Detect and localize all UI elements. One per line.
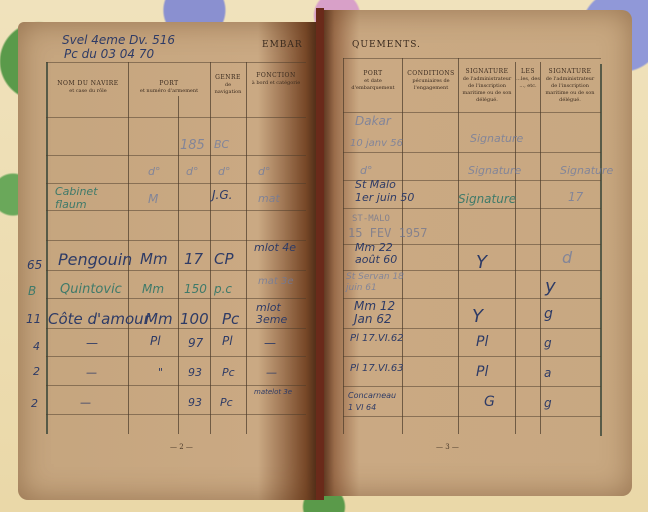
cell-signature: Signature [470, 132, 523, 145]
table-rule [343, 270, 601, 271]
cell-number: 150 [184, 282, 207, 296]
cell-ship: — [80, 396, 91, 409]
cell-signature: g [544, 306, 553, 322]
margin-number: 4 [33, 340, 40, 353]
column-header-port-date: PORTet date d'embarquement [345, 70, 401, 92]
cell-fonction: d° [258, 165, 270, 178]
annotation-line-1: Svel 4eme Dv. 516 [62, 33, 175, 47]
column-header-conditions: CONDITIONSpécuniaires de l'engagement [404, 70, 458, 92]
cell-port-date: 10 janv 56 [350, 138, 403, 149]
cell-signature: G [484, 394, 495, 410]
margin-number: 11 [26, 312, 41, 326]
cell-fonction: matelot 3e [254, 388, 300, 397]
column-divider [515, 62, 516, 434]
table-rule [46, 183, 306, 184]
table-rule [343, 356, 601, 357]
table-rule [46, 270, 306, 271]
table-rule [46, 117, 306, 118]
column-header-port: PORTet numéro d'armement [130, 80, 208, 95]
table-rule [46, 62, 306, 63]
cell-ship: — [86, 366, 97, 379]
cell-fonction: mlot 3eme [256, 302, 300, 326]
cell-genre: BC [214, 138, 229, 151]
table-rule [46, 298, 306, 299]
cell-number: 17 [184, 250, 203, 268]
cell-ship: Quintovic [60, 282, 122, 297]
table-rule [343, 328, 601, 329]
table-rule [46, 356, 306, 357]
cell-port: Mm [145, 310, 173, 328]
cell-port-date: Concarneau 1 VI 64 [348, 390, 403, 414]
stamp-port: ST-MALO [352, 214, 390, 224]
cell-fonction: — [266, 366, 277, 379]
cell-signature: Signature [458, 192, 516, 206]
table-rule [343, 386, 601, 387]
cell-genre: Pc [220, 396, 233, 409]
cell-port-date: St Malo 1er juin 50 [355, 178, 415, 204]
cell-genre: Pc [222, 310, 239, 328]
cell-genre: J.G. [212, 188, 232, 202]
table-rule [46, 385, 306, 386]
cell-signature: Y [472, 306, 483, 327]
table-rule [343, 208, 601, 209]
cell-signature: a [544, 366, 551, 380]
column-header-ship: NOM DU NAVIREet case du rôle [50, 80, 126, 95]
margin-number: 2 [31, 397, 38, 410]
cell-port-date: Dakar [355, 114, 391, 128]
cell-fonction: mat 3e [258, 276, 298, 287]
cell-genre: Pl [222, 334, 233, 348]
column-divider [540, 62, 541, 434]
cell-port: M [148, 192, 158, 206]
cell-signature: Signature [468, 164, 521, 177]
cell-signature: y [545, 276, 556, 297]
margin-number: B [28, 284, 36, 298]
cell-number: 185 [180, 138, 205, 153]
cell-signature: Pl [476, 364, 488, 380]
cell-port: " [158, 366, 163, 379]
cell-genre: d° [218, 165, 230, 178]
table-rule [343, 416, 601, 417]
table-rule [46, 328, 306, 329]
cell-signature: Pl [476, 334, 488, 350]
cell-port-date: Mm 22 août 60 [355, 242, 415, 266]
cell-signature: g [544, 396, 552, 410]
column-divider [458, 58, 459, 434]
cell-port: Mm [142, 282, 164, 296]
cell-ship: Pengouin [58, 250, 132, 269]
column-header-les: LES...les, des ..., etc. [516, 68, 540, 90]
table-border [600, 64, 602, 436]
cell-signature: Signature [560, 164, 613, 177]
cell-genre: p.c [214, 282, 232, 296]
cell-fonction: mlot 4e [254, 242, 304, 254]
cell-port-date: Mm 12 Jan 62 [354, 300, 414, 326]
column-header-signature-1: SIGNATUREde l'administrateur de l'inscri… [460, 68, 514, 104]
cell-genre: Pc [222, 366, 235, 379]
margin-number: 65 [27, 258, 42, 272]
margin-number: 2 [33, 365, 40, 378]
column-header-fonction: FONCTIONà bord et catégorie [247, 72, 305, 87]
cell-port-date: d° [360, 164, 372, 177]
cell-port-date: Pl 17.VI.62 [350, 334, 405, 344]
cell-number: 93 [188, 366, 202, 379]
table-rule [343, 112, 601, 113]
cell-port: d° [148, 165, 160, 178]
cell-genre: CP [214, 250, 234, 268]
cell-number: 100 [180, 310, 209, 328]
cell-signature: Y [476, 252, 487, 273]
column-divider [343, 58, 344, 434]
table-rule [46, 414, 306, 415]
title-left: EMBAR [262, 40, 303, 50]
cell-ship: Cabinet flaum [55, 185, 125, 211]
cell-port-date: St Servan 18 juin 61 [346, 272, 406, 294]
table-rule [46, 155, 306, 156]
title-right: QUEMENTS. [352, 40, 421, 50]
cell-port: Pl [150, 334, 161, 348]
cell-signature: g [544, 336, 552, 350]
page-number: — 2 — [170, 443, 193, 451]
cell-ship: Côte d'amour [48, 310, 150, 328]
page-number: — 3 — [436, 443, 459, 451]
table-rule [343, 58, 601, 59]
cell-fonction: — [264, 336, 276, 350]
stamp-date: 15 FEV 1957 [348, 226, 427, 240]
cell-port-date: Pl 17.VI.63 [350, 364, 405, 374]
cell-port: Mm [140, 250, 168, 268]
cell-number: d° [186, 165, 198, 178]
column-header-genre: GENREde navigation [211, 74, 245, 96]
cell-signature: 17 [568, 190, 583, 204]
column-divider [178, 96, 179, 434]
column-header-signature-2: SIGNATUREde l'administrateur de l'inscri… [542, 68, 598, 104]
cell-number: 93 [188, 396, 202, 409]
cell-signature: d [562, 248, 572, 267]
cell-number: 97 [188, 336, 203, 350]
cell-ship: — [86, 336, 98, 350]
annotation-line-2: Pc du 03 04 70 [64, 47, 154, 61]
booklet-spine [316, 8, 324, 500]
cell-fonction: mat [258, 192, 280, 205]
table-rule [343, 152, 601, 153]
